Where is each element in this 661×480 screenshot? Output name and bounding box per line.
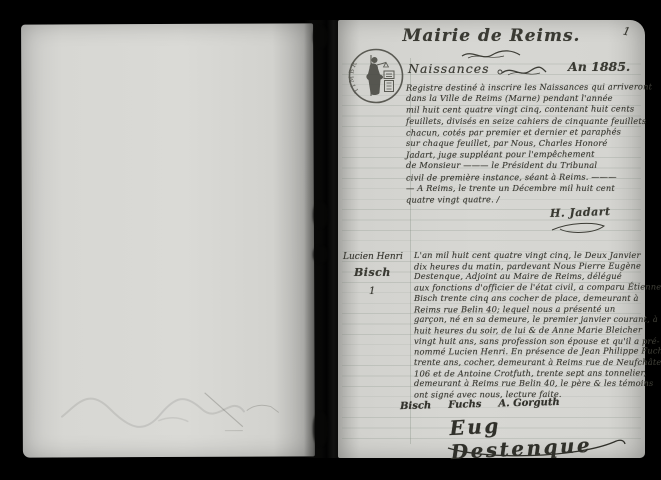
record-line: Destenque, Adjoint au Maire de Reims, dé… (414, 271, 650, 282)
svg-text:TIMBRE: TIMBRE (346, 46, 361, 95)
witness-signature: Fuchs (448, 399, 481, 411)
declaration-line: — A Reims, le trente un Décembre mil hui… (406, 183, 648, 194)
record-margin-name: Lucien Henri (343, 252, 403, 262)
declaration-line: Registre destiné à inscrire les Naissanc… (406, 81, 648, 93)
officiant-signature-flourish (446, 432, 628, 460)
stitch-mark (313, 412, 328, 446)
record-line: dix heures du matin, pardevant Nous Pier… (414, 260, 650, 272)
register-title: Mairie de Reims. (338, 26, 645, 46)
right-page: 1 TIMBRE Mairie de Reims. (338, 20, 645, 458)
record-margin-surname: Bisch (354, 266, 391, 279)
record-line: demeurant à Reims rue Belin 40, le père … (414, 378, 650, 389)
pencil-marks (195, 386, 285, 436)
witness-signature: Bisch (400, 400, 432, 412)
record-number: 1 (369, 286, 375, 297)
declaration-line: mil huit cent quatre vingt cinq, contena… (406, 104, 648, 116)
book-photo: 1 TIMBRE Mairie de Reims. (0, 0, 661, 480)
stitch-mark (313, 26, 328, 48)
record-line: Bisch trente cinq ans cocher de place, d… (414, 293, 650, 304)
declaration-line: Jadart, juge suppléant pour l'empêchemen… (406, 149, 648, 161)
record-line: Reims rue Belin 40; lequel nous a présen… (414, 303, 650, 315)
record-line: 106 et de Antoine Crotfuth, trente sept … (414, 367, 650, 379)
declaration-line: de Monsieur ——— le Président du Tribunal (406, 160, 648, 171)
stamp-label: TIMBRE (346, 46, 361, 95)
record-line: nommé Lucien Henri. En présence de Jean … (414, 346, 650, 358)
signature-flourish (550, 220, 608, 236)
stitch-mark (313, 246, 328, 263)
declaration-line: civil de première instance, séant à Reim… (406, 171, 648, 183)
record-line: aux fonctions d'officier de l'état civil… (414, 282, 650, 294)
birth-record-text: L'an mil huit cent quatre vingt cinq, le… (414, 250, 650, 400)
judge-signature: H. Jadart (550, 205, 611, 220)
section-label: Naissances (408, 61, 490, 76)
stitch-mark (313, 202, 328, 228)
record-line: garçon, né en sa demeure, le premier jan… (414, 314, 650, 325)
declaration-line: sur chaque feuillet, par Nous, Charles H… (406, 138, 648, 149)
calligraphic-flourish (496, 65, 548, 79)
declaration-line: feuillets, divisés en seize cahiers de c… (406, 116, 648, 127)
record-line: huit heures du soir, de lui & de Anne Ma… (414, 324, 650, 336)
record-line: L'an mil huit cent quatre vingt cinq, le… (414, 250, 650, 261)
register-declaration: Registre destiné à inscrire les Naissanc… (406, 82, 648, 205)
left-page (21, 23, 315, 457)
record-line: trente ans, cocher, demeurant à Reims ru… (414, 357, 650, 368)
declaration-line: quatre vingt quatre. / (406, 193, 648, 205)
title-flourish (460, 49, 522, 61)
declaration-line: chacun, cotés par premier et dernier et … (406, 126, 648, 138)
year-label: An 1885. (568, 59, 630, 74)
revenue-stamp-icon: TIMBRE (346, 46, 406, 106)
witness-signature: A. Gorguth (498, 397, 560, 410)
